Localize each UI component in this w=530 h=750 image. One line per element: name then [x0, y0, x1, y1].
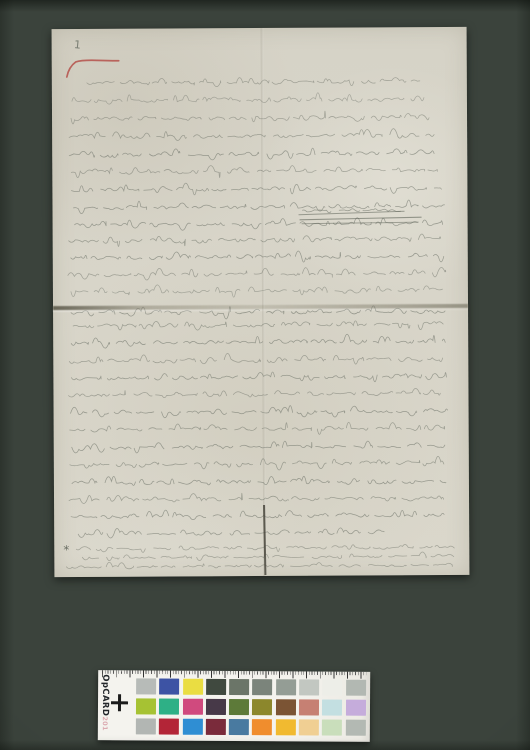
- color-patch-grid: [136, 678, 366, 735]
- color-patch: [252, 719, 272, 735]
- color-patch: [345, 720, 365, 736]
- color-patch: [182, 719, 202, 735]
- color-patch: [206, 719, 226, 735]
- color-patch: [136, 718, 156, 734]
- color-patch: [322, 680, 342, 696]
- color-patch: [183, 699, 203, 715]
- color-patch: [346, 680, 366, 696]
- letter-page: 1*: [52, 27, 470, 577]
- color-patch: [346, 700, 366, 716]
- color-patch: [252, 699, 272, 715]
- photo-scene: 1* OpCARD201: [0, 0, 530, 750]
- color-patch: [299, 699, 319, 715]
- color-patch: [276, 719, 296, 735]
- card-brand-label: OpCARD201: [100, 674, 110, 732]
- color-patch: [206, 699, 226, 715]
- color-patch: [322, 700, 342, 716]
- color-patch: [229, 719, 249, 735]
- color-patch: [159, 719, 179, 735]
- color-patch: [136, 678, 156, 694]
- handwriting-svg: 1*: [52, 27, 470, 577]
- card-brand-text: OpCARD: [100, 674, 110, 716]
- color-patch: [206, 679, 226, 695]
- color-patch: [159, 679, 179, 695]
- card-code-text: 201: [101, 716, 109, 731]
- color-patch: [229, 679, 249, 695]
- color-patch: [136, 698, 156, 714]
- color-patch: [276, 699, 296, 715]
- footnote-asterisk: *: [63, 543, 69, 557]
- color-patch: [322, 720, 342, 736]
- color-patch: [183, 679, 203, 695]
- color-patch: [159, 699, 179, 715]
- color-patch: [299, 679, 319, 695]
- registration-cross-icon: [111, 694, 128, 711]
- page-marker: 1: [73, 38, 81, 52]
- color-patch: [253, 679, 273, 695]
- color-patch: [229, 699, 249, 715]
- color-patch: [299, 719, 319, 735]
- color-patch: [276, 679, 296, 695]
- color-calibration-card: OpCARD201: [98, 670, 370, 742]
